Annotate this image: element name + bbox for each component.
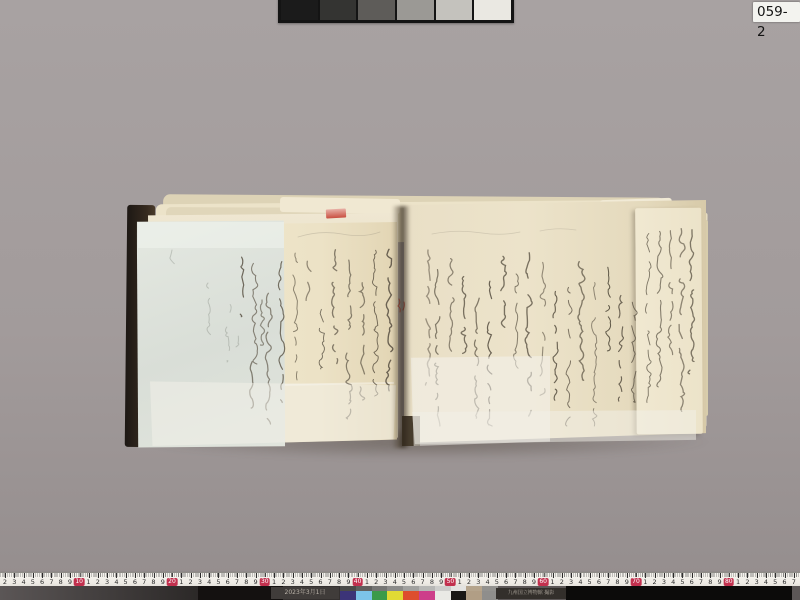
ruler-cm-label: 7	[792, 578, 796, 586]
ruler-cm-label: 1	[643, 578, 647, 586]
ruler-cm-label: 9	[625, 578, 629, 586]
ruler-cm-label: 4	[114, 578, 118, 586]
ruler-cm-label: 3	[198, 578, 202, 586]
ruler-cm-label: 4	[578, 578, 582, 586]
ruler-cm-label: 2	[3, 578, 7, 586]
ruler-cm-label: 3	[291, 578, 295, 586]
color-patch	[372, 591, 388, 600]
ruler-cm-label: 5	[680, 578, 684, 586]
ruler-cm-label: 4	[671, 578, 675, 586]
ruler-cm-label: 6	[504, 578, 508, 586]
ruler-cm-label: 4	[300, 578, 304, 586]
ruler-cm-label: 2	[560, 578, 564, 586]
ruler-cm-label: 5	[124, 578, 128, 586]
ruler-cm-label: 6	[226, 578, 230, 586]
color-patch	[387, 591, 403, 600]
ruler-decade-label: 40	[352, 578, 363, 586]
color-patch	[356, 591, 372, 600]
ruler-decade-label: 50	[445, 578, 456, 586]
ruler-cm-label: 1	[550, 578, 554, 586]
ruler-cm-label: 3	[476, 578, 480, 586]
ruler-cm-label: 7	[606, 578, 610, 586]
photo-number-label: 059-2	[753, 2, 800, 22]
color-patch	[466, 591, 482, 600]
color-chart-color-row	[340, 591, 498, 600]
grayscale-patch	[397, 0, 434, 20]
ruler-cm-label: 9	[68, 578, 72, 586]
grayscale-patch	[281, 0, 318, 20]
ruler-cm-label: 7	[421, 578, 425, 586]
red-paper-tab	[326, 208, 346, 218]
ruler-cm-label: 2	[653, 578, 657, 586]
ruler-cm-label: 5	[402, 578, 406, 586]
ruler-cm-label: 7	[235, 578, 239, 586]
ruler-decade-label: 80	[723, 578, 734, 586]
ruler-cm-label: 8	[59, 578, 63, 586]
ruler-decade-label: 70	[631, 578, 642, 586]
ruler-cm-label: 2	[189, 578, 193, 586]
grayscale-patch	[320, 0, 357, 20]
color-patch	[340, 591, 356, 600]
ruler-cm-label: 6	[411, 578, 415, 586]
ruler-cm-label: 1	[458, 578, 462, 586]
ruler-cm-label: 3	[383, 578, 387, 586]
ruler-cm-label: 3	[569, 578, 573, 586]
ruler-cm-label: 8	[523, 578, 527, 586]
ruler-cm-label: 3	[755, 578, 759, 586]
ruler-cm-label: 5	[31, 578, 35, 586]
ruler-cm-label: 5	[773, 578, 777, 586]
right-page-bottom-sheet	[412, 410, 696, 444]
ruler-cm-label: 9	[532, 578, 536, 586]
ruler-cm-label: 2	[281, 578, 285, 586]
ruler-cm-label: 7	[142, 578, 146, 586]
ruler-cm-label: 2	[96, 578, 100, 586]
ruler-cm-label: 9	[439, 578, 443, 586]
ruler-cm-label: 2	[467, 578, 471, 586]
ruler-cm-label: 6	[318, 578, 322, 586]
ruler-cm-label: 4	[764, 578, 768, 586]
gutter-shadow	[392, 206, 410, 448]
ruler-cm-label: 5	[309, 578, 313, 586]
color-patch	[419, 591, 435, 600]
ruler-cm-label: 9	[254, 578, 258, 586]
ruler-decade-label: 30	[259, 578, 270, 586]
ruler-cm-label: 9	[718, 578, 722, 586]
date-stamp: 2023年3月1日	[271, 587, 339, 599]
black-bar	[566, 586, 792, 600]
ruler-cm-label: 6	[782, 578, 786, 586]
bottom-caption-band: 2023年3月1日 九州国立博物館 撮影	[0, 586, 800, 600]
grayscale-patch	[358, 0, 395, 20]
ruler-cm-label: 9	[161, 578, 165, 586]
ruler-cm-label: 8	[615, 578, 619, 586]
ruler-cm-label: 1	[179, 578, 183, 586]
ruler-cm-label: 4	[393, 578, 397, 586]
grayscale-calibration-bar	[278, 0, 514, 23]
ruler-cm-label: 7	[328, 578, 332, 586]
floor-shadow	[0, 586, 200, 600]
color-calibration-chart	[340, 586, 498, 600]
ruler-cm-label: 5	[216, 578, 220, 586]
ruler-cm-label: 4	[207, 578, 211, 586]
ruler-cm-label: 6	[40, 578, 44, 586]
ruler-cm-label: 8	[708, 578, 712, 586]
grayscale-patch	[474, 0, 511, 20]
ruler-cm-label: 7	[699, 578, 703, 586]
ruler-cm-label: 1	[272, 578, 276, 586]
ruler-cm-label: 3	[662, 578, 666, 586]
ruler-cm-label: 1	[86, 578, 90, 586]
ruler-cm-label: 4	[486, 578, 490, 586]
ruler-cm-label: 3	[105, 578, 109, 586]
left-page-overhang	[150, 380, 396, 446]
ruler-cm-label: 5	[588, 578, 592, 586]
museum-credit: 九州国立博物館 撮影	[496, 588, 566, 599]
archival-photo-scene: 059-2 2345678910123456789201234567893012…	[0, 0, 800, 600]
ruler-cm-label: 7	[49, 578, 53, 586]
ruler-cm-label: 4	[22, 578, 26, 586]
color-patch	[451, 591, 467, 600]
right-overlay-sheet	[635, 208, 703, 434]
ruler-cm-label: 8	[337, 578, 341, 586]
ruler-cm-label: 6	[597, 578, 601, 586]
ruler-cm-label: 2	[374, 578, 378, 586]
ruler-cm-label: 8	[151, 578, 155, 586]
ruler-cm-label: 1	[365, 578, 369, 586]
grayscale-patch	[436, 0, 473, 20]
ruler-cm-label: 1	[736, 578, 740, 586]
ruler-cm-label: 5	[495, 578, 499, 586]
ruler-cm-label: 8	[244, 578, 248, 586]
color-patch	[435, 591, 451, 600]
ruler-cm-label: 8	[430, 578, 434, 586]
ruler-cm-label: 9	[346, 578, 350, 586]
ruler-cm-label: 3	[12, 578, 16, 586]
ruler-decade-label: 20	[167, 578, 178, 586]
ruler-decade-label: 10	[74, 578, 85, 586]
ruler-decade-label: 60	[538, 578, 549, 586]
ruler-cm-label: 2	[745, 578, 749, 586]
color-patch	[403, 591, 419, 600]
ruler-cm-label: 6	[690, 578, 694, 586]
ruler-cm-label: 7	[513, 578, 517, 586]
ruler-scale: 2345678910123456789201234567893012345678…	[0, 572, 800, 587]
ruler-cm-label: 6	[133, 578, 137, 586]
blue-letter-fold	[138, 222, 284, 248]
